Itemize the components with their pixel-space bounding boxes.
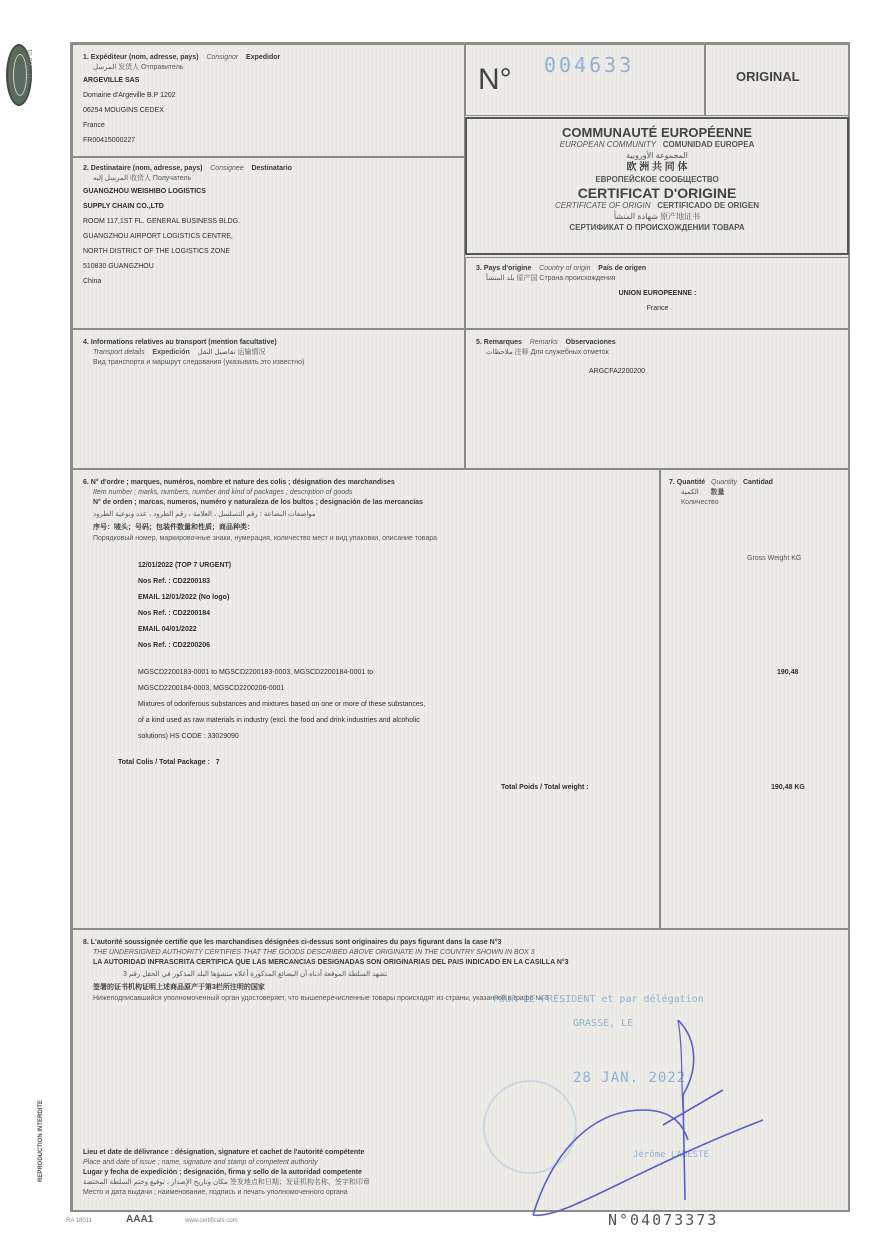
quantity-label-ru: Количество — [669, 498, 773, 508]
certificate-form: 1. Expéditeur (nom, adresse, pays) Consi… — [70, 42, 850, 1212]
form-code: N°1503*01 — [28, 49, 34, 78]
quantity-label-zh: 数量 — [711, 489, 725, 496]
box-quantity: 7. Quantité Quantity Cantidad الكمية 数量 … — [660, 469, 850, 929]
total-packages-value: 7 — [216, 759, 220, 766]
transport-label-ru: Вид транспорта и маршрут следования (ука… — [83, 358, 304, 368]
remarks-label-es: Observaciones — [566, 339, 616, 346]
goods-item: Nos Ref. : CD2200206 — [138, 638, 231, 654]
original-label: ORIGINAL — [736, 69, 800, 84]
place-label-ar-zh: مكان وتاريخ الإصدار ، توقيع وختم السلطة … — [83, 1178, 370, 1188]
origin-label-es: País de origen — [598, 265, 646, 272]
consignor-id: FR00415000227 — [83, 133, 280, 148]
goods-label-es: N° de orden ; marcas, numeros, numéro y … — [83, 498, 437, 508]
place-label-ru: Место и дата выдачи ; наименование, подп… — [83, 1188, 370, 1198]
number-prefix: N° — [478, 63, 512, 97]
footer-left-code: RA 18011 — [66, 1218, 92, 1224]
remarks-value: ARGCFA2200200 — [589, 364, 645, 379]
transport-label-fr: 4. Informations relatives au transport (… — [83, 338, 304, 348]
consignee-name-2: SUPPLY CHAIN CO.,LTD — [83, 199, 292, 214]
certification-ar: تشهد السلطة الموقعة أدناه أن البضائع الم… — [83, 968, 569, 981]
transport-label-en: Transport details — [93, 349, 145, 356]
goods-item: EMAIL 04/01/2022 — [138, 622, 231, 638]
header-community-ar: المجموعة الأوروبية — [467, 150, 847, 161]
consignor-label-fr: 1. Expéditeur (nom, adresse, pays) — [83, 54, 199, 61]
goods-item: EMAIL 12/01/2022 (No logo) — [138, 590, 231, 606]
quantity-label-en: Quantity — [711, 479, 737, 486]
goods-label-ar: مواصفات البضاعة ؛ رقم التسلسل ، العلامة … — [83, 508, 437, 521]
consignee-address-4: 510830 GUANGZHOU — [83, 259, 292, 274]
origin-label-fr: 3. Pays d'origine — [476, 265, 531, 272]
consignor-label-en: Consignor — [206, 54, 238, 61]
goods-description-line: MGSCD2200184-0003, MGSCD2200206-0001 — [138, 681, 425, 697]
consignee-label-other: المرسل إليه 收货人 Получатель — [83, 174, 292, 184]
goods-item: Nos Ref. : CD2200183 — [138, 574, 231, 590]
header-certificate-es: CERTIFICADO DE ORIGEN — [657, 201, 759, 210]
certification-fr: 8. L'autorité soussignée certifie que le… — [83, 938, 569, 948]
header-certificate-ar-zh: شهادة المنشأ 原产地证书 — [467, 211, 847, 222]
header-community-fr: COMMUNAUTÉ EUROPÉENNE — [467, 125, 847, 140]
consignee-country: China — [83, 274, 292, 289]
consignor-address-2: 06254 MOUGINS CEDEX — [83, 103, 280, 118]
footer-website: www.certificats.com — [185, 1218, 238, 1224]
gross-weight-value: 190,48 — [777, 665, 798, 680]
goods-description-line: Mixtures of odoriferous substances and m… — [138, 697, 425, 713]
consignor-country: France — [83, 118, 280, 133]
consignee-address-3: NORTH DISTRICT OF THE LOGISTICS ZONE — [83, 244, 292, 259]
origin-value-eu: UNION EUROPEENNE : — [466, 286, 849, 301]
box-transport: 4. Informations relatives au transport (… — [72, 329, 465, 469]
consignor-name: ARGEVILLE SAS — [83, 73, 280, 88]
consignee-label-en: Consignee — [210, 165, 243, 172]
transport-label-es: Expedición — [152, 349, 189, 356]
transport-label-other: تفاصيل النقل 运输情况 — [198, 349, 266, 356]
goods-item: 12/01/2022 (TOP 7 URGENT) — [138, 558, 231, 574]
signature-icon — [513, 1020, 773, 1220]
certificate-header: COMMUNAUTÉ EUROPÉENNE EUROPEAN COMMUNITY… — [465, 117, 849, 255]
origin-label-en: Country of origin — [539, 265, 590, 272]
consignor-label-es: Expedidor — [246, 54, 280, 61]
header-community-ru: ЕВРОПЕЙСКОЕ СООБЩЕСТВО — [467, 174, 847, 185]
consignee-address-2: GUANGZHOU AIRPORT LOGISTICS CENTRE, — [83, 229, 292, 244]
consignor-address-1: Domaine d'Argeville B.P 1202 — [83, 88, 280, 103]
consignee-name-1: GUANGZHOU WEISHIBO LOGISTICS — [83, 184, 292, 199]
header-community-zh: 欧 洲 共 同 体 — [467, 161, 847, 174]
goods-description-line: MGSCD2200183-0001 to MGSCD2200183-0003, … — [138, 665, 425, 681]
box-consignor: 1. Expéditeur (nom, adresse, pays) Consi… — [72, 44, 465, 157]
certification-zh: 签署的证书机构证明上述商品原产于第3栏所注明的国家 — [83, 981, 569, 994]
box-consignee: 2. Destinataire (nom, adresse, pays) Con… — [72, 157, 465, 329]
total-weight-value: 190,48 KG — [771, 780, 805, 795]
total-weight-label: Total Poids / Total weight : — [501, 780, 589, 795]
quantity-label-ar: الكمية — [681, 489, 699, 496]
place-label-en: Place and date of issue ; name, signatur… — [83, 1158, 370, 1168]
place-label-es: Lugar y fecha de expedición ; designació… — [83, 1168, 370, 1178]
consignee-label-es: Destinatario — [251, 165, 291, 172]
footer-serial: N°04073373 — [608, 1211, 718, 1229]
header-community-en: EUROPEAN COMMUNITY — [560, 140, 656, 149]
goods-label-ru: Порядковый номер, маркировочные знаки, н… — [83, 534, 437, 544]
place-label-fr: Lieu et date de délivrance : désignation… — [83, 1148, 370, 1158]
header-certificate-ru: СЕРТИФИКАТ О ПРОИСХОЖДЕНИИ ТОВАРА — [467, 222, 847, 233]
certification-en: THE UNDERSIGNED AUTHORITY CERTIFIES THAT… — [83, 948, 569, 958]
total-packages-label: Total Colis / Total Package : — [118, 759, 210, 766]
goods-label-zh: 序号：唛头；号码；包装件数量和性质；商品种类： — [83, 521, 437, 534]
consignee-address-1: ROOM 117,1ST FL. GENERAL BUSINESS BLDG. — [83, 214, 292, 229]
gross-weight-label: Gross Weight KG — [747, 554, 801, 564]
box-certificate-number: N° 004633 — [465, 44, 705, 116]
certificate-number: 004633 — [544, 53, 634, 77]
box-original: ORIGINAL — [705, 44, 850, 116]
goods-description-line: solutions) HS CODE : 33029090 — [138, 729, 425, 745]
origin-value-country: France — [466, 301, 849, 316]
goods-item: Nos Ref. : CD2200184 — [138, 606, 231, 622]
remarks-label-fr: 5. Remarques — [476, 339, 522, 346]
goods-label-fr: 6. N° d'ordre ; marques, numéros, nombre… — [83, 478, 437, 488]
header-certificate-title: CERTIFICAT D'ORIGINE — [467, 185, 847, 201]
box-goods-description: 6. N° d'ordre ; marques, numéros, nombre… — [72, 469, 660, 929]
box-certification: 8. L'autorité soussignée certifie que le… — [72, 929, 850, 1212]
header-community-es: COMUNIDAD EUROPEA — [663, 140, 755, 149]
box-remarks: 5. Remarques Remarks Observaciones ملاحظ… — [465, 329, 850, 469]
stamp-president: POUR LE PRÉSIDENT et par délégation — [493, 994, 704, 1005]
box-country-of-origin: 3. Pays d'origine Country of origin País… — [465, 257, 850, 329]
goods-description-line: of a kind used as raw materials in indus… — [138, 713, 425, 729]
origin-label-other: بلد المنشأ 原产国 Страна происхождения — [476, 274, 646, 284]
remarks-label-en: Remarks — [530, 339, 558, 346]
reproduction-notice: REPRODUCTION INTERDITE — [38, 1100, 44, 1182]
chamber-of-commerce-seal-icon — [13, 54, 27, 96]
consignee-label-fr: 2. Destinataire (nom, adresse, pays) — [83, 165, 202, 172]
consignor-label-other: المرسل 发货人 Отправитель — [83, 63, 280, 73]
header-certificate-en: CERTIFICATE OF ORIGIN — [555, 201, 651, 210]
footer-brand: AAA1 — [126, 1214, 153, 1225]
remarks-label-other: ملاحظات 注释 Для служебных отметок — [476, 348, 616, 358]
certification-es: LA AUTORIDAD INFRASCRITA CERTIFICA QUE L… — [83, 958, 569, 968]
quantity-label-es: Cantidad — [743, 479, 773, 486]
quantity-label-fr: 7. Quantité — [669, 479, 705, 486]
goods-label-en: Item number ; marks, numbers, number and… — [83, 488, 437, 498]
